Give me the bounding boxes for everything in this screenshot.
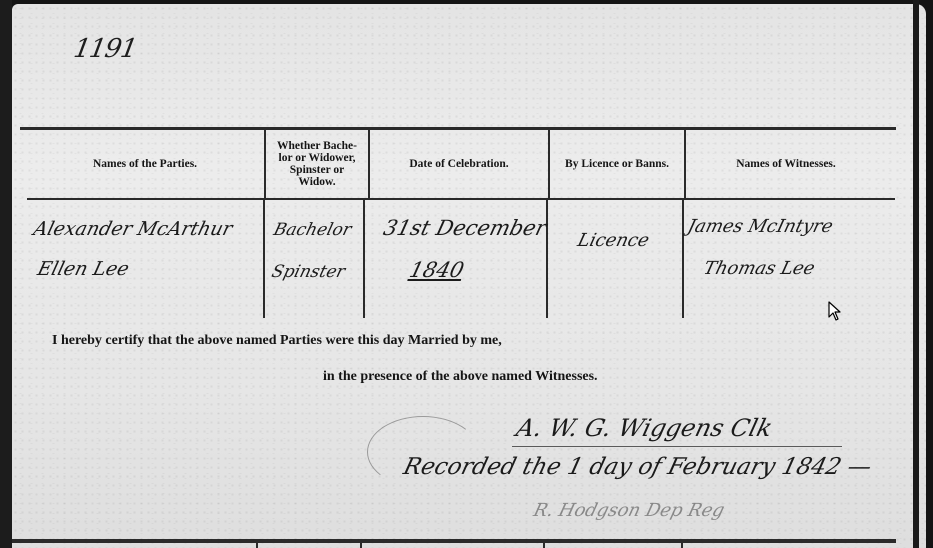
certificate-line-1: I hereby certify that the above named Pa… (52, 333, 502, 349)
header-label-line: Spinster or (290, 164, 344, 176)
column-divider (543, 543, 545, 548)
header-label: Date of Celebration. (409, 158, 508, 170)
register-page-scan: 1191 Names of the Parties. Whether Bache… (12, 4, 926, 548)
witness-2-name: Thomas Lee (701, 258, 817, 279)
column-divider (363, 200, 365, 318)
header-label: Names of Witnesses. (736, 158, 836, 170)
column-divider (681, 543, 683, 548)
table-bottom-rule (12, 539, 896, 543)
party-2-condition: Spinster (270, 262, 348, 282)
column-divider (360, 543, 362, 548)
header-licence-or-banns: By Licence or Banns. (550, 130, 684, 198)
column-divider (263, 200, 265, 318)
party-1-name: Alexander McArthur (31, 218, 234, 240)
header-date-of-celebration: Date of Celebration. (370, 130, 548, 198)
licence-or-banns-value: Licence (575, 230, 651, 251)
officiant-signature: A. W. G. Wiggens Clk (514, 414, 776, 442)
recorded-note: Recorded the 1 day of February 1842 — (401, 454, 875, 480)
header-label-line: Whether Bache- (277, 140, 357, 152)
date-day-month: 31st December (381, 216, 549, 240)
signature-underline (512, 446, 842, 447)
mouse-cursor-arrow-icon (828, 301, 842, 321)
header-label: By Licence or Banns. (565, 158, 669, 170)
header-label-line: Widow. (298, 176, 335, 188)
scan-left-border (0, 0, 12, 548)
header-names-of-parties: Names of the Parties. (27, 130, 263, 198)
page-number: 1191 (71, 34, 138, 64)
certificate-line-2: in the presence of the above named Witne… (323, 369, 598, 385)
column-divider (682, 200, 684, 318)
table-header-rule (27, 198, 895, 200)
witness-1-name: James McIntyre (685, 216, 835, 237)
date-year: 1840 (407, 258, 466, 282)
header-label: Names of the Parties. (93, 158, 197, 170)
scan-right-border (913, 0, 919, 548)
party-2-name: Ellen Lee (35, 258, 131, 280)
header-label-line: lor or Widower, (279, 152, 356, 164)
party-1-condition: Bachelor (272, 220, 354, 240)
header-names-of-witnesses: Names of Witnesses. (686, 130, 886, 198)
header-condition: Whether Bache- lor or Widower, Spinster … (266, 132, 368, 196)
registrar-signature: R. Hodgson Dep Reg (531, 500, 726, 521)
column-divider (256, 543, 258, 548)
